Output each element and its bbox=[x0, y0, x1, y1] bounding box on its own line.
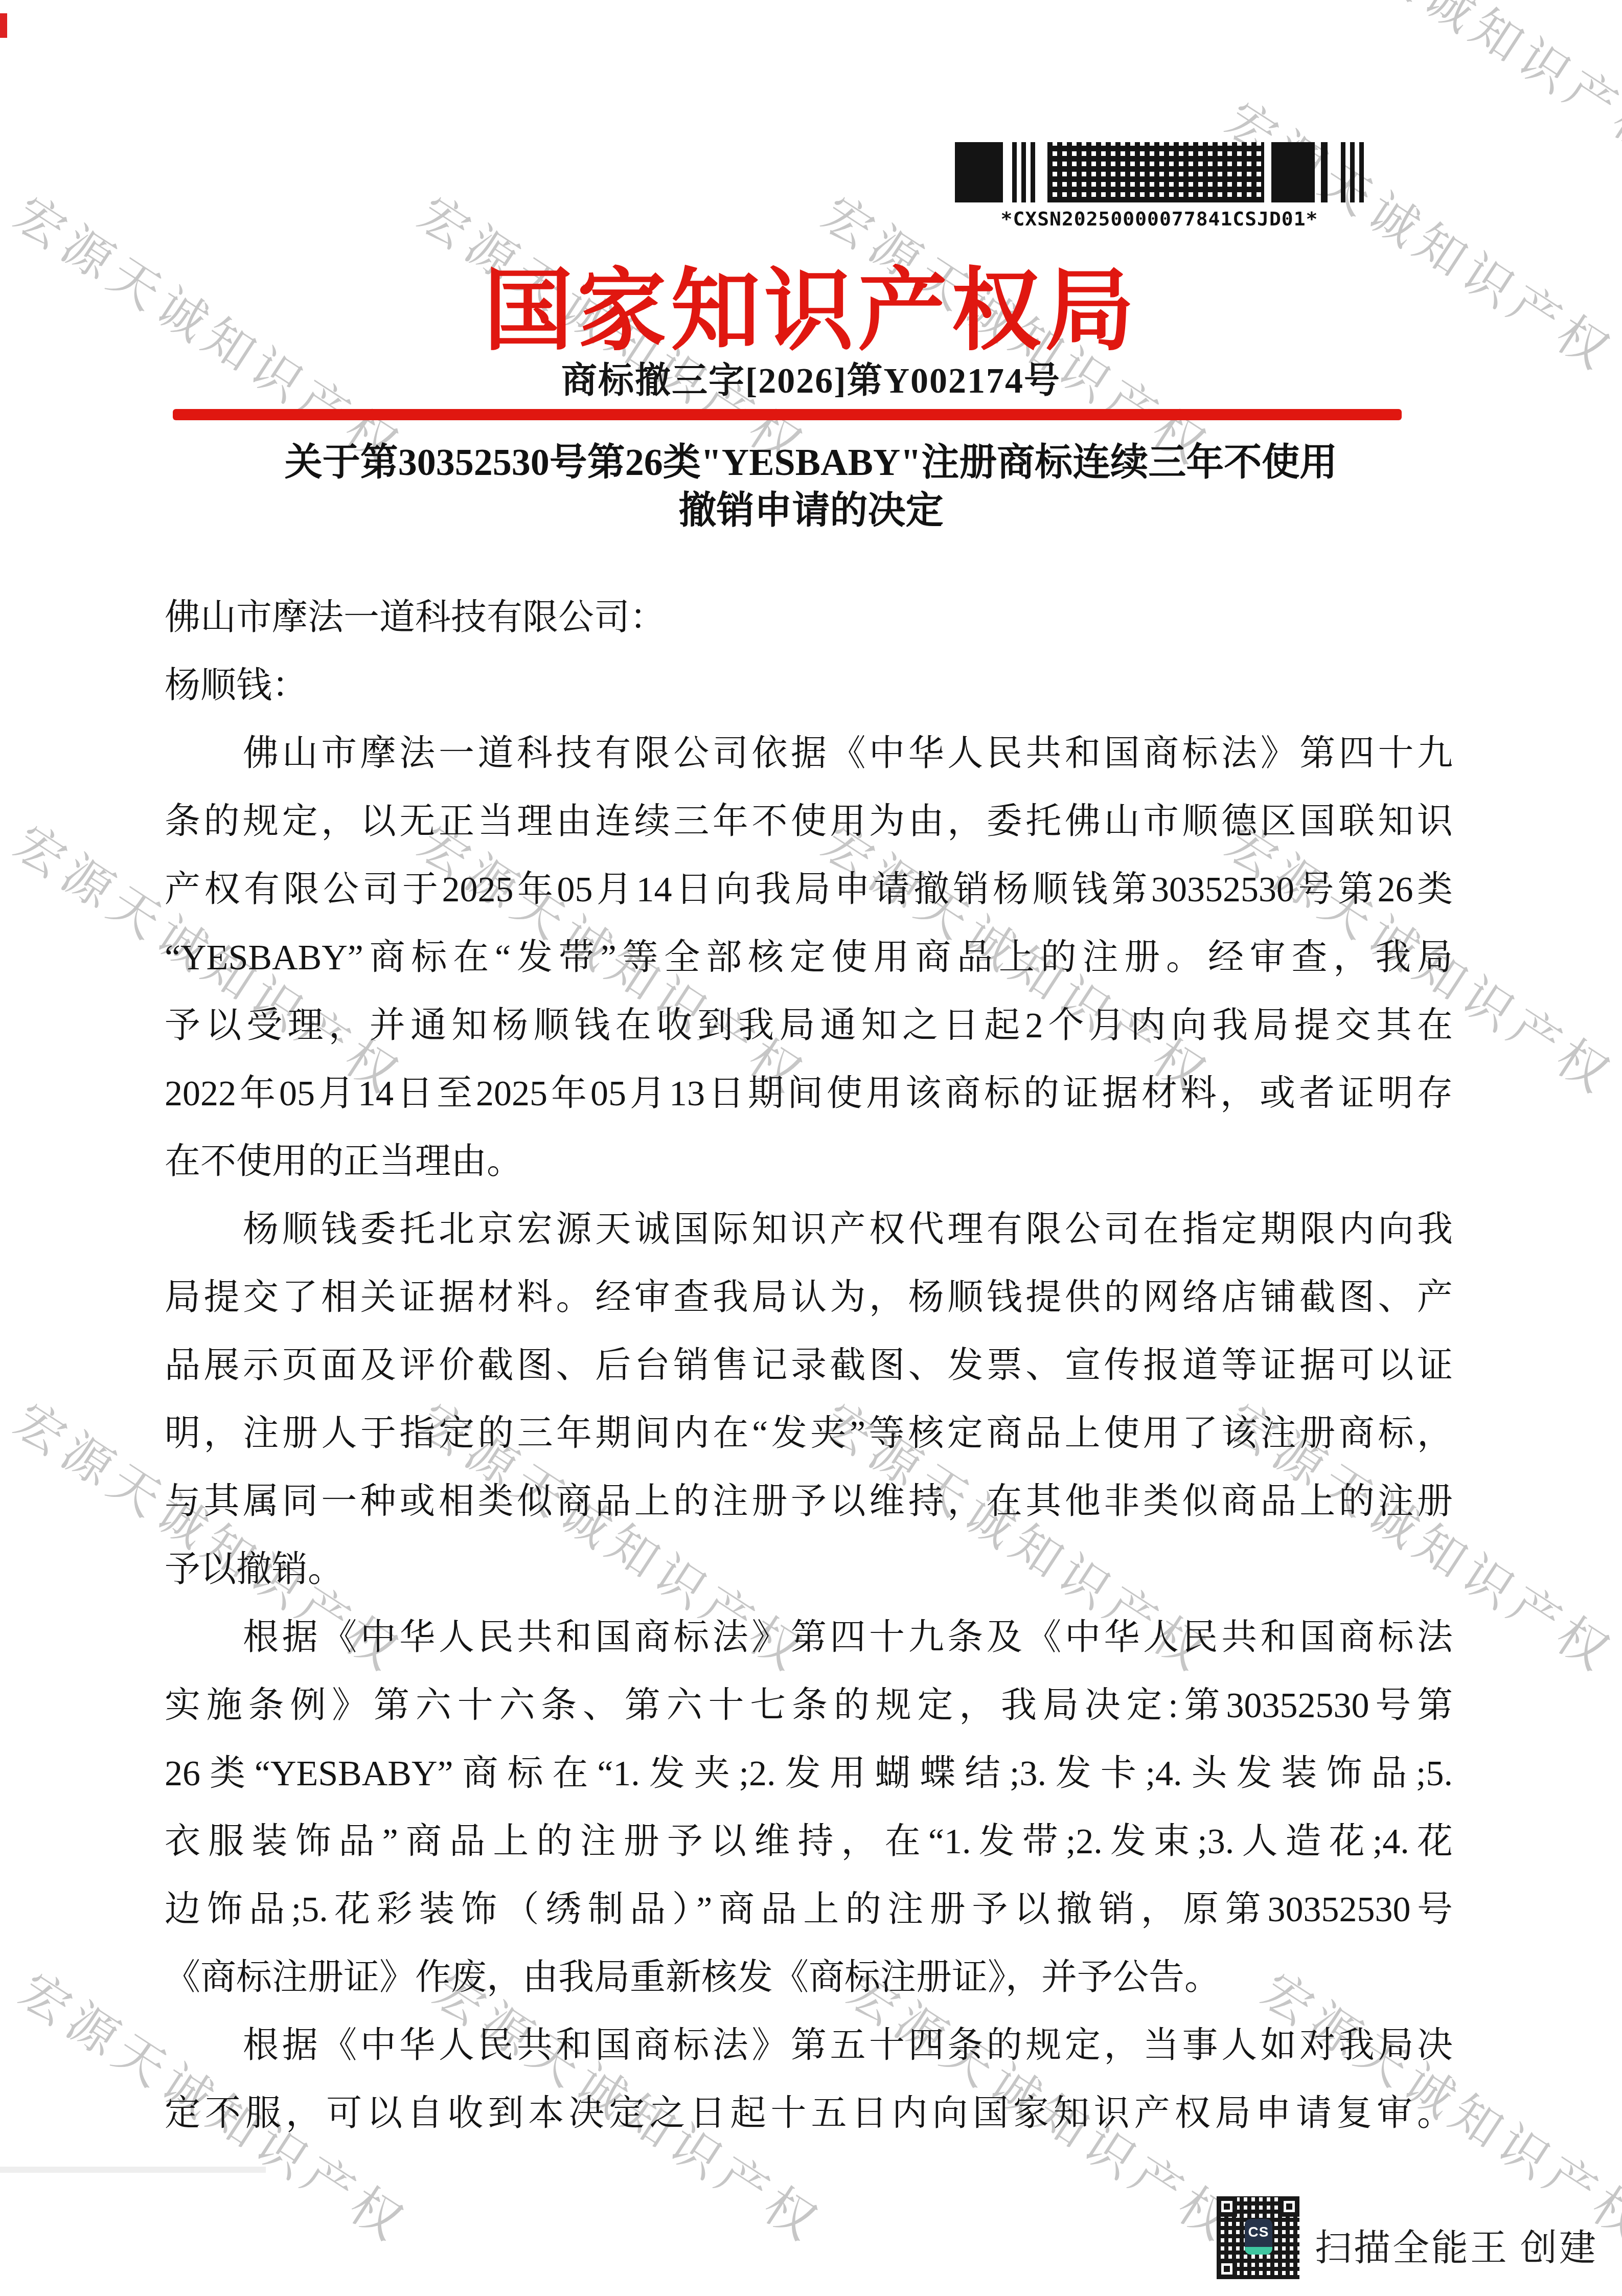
qr-finder-icon bbox=[1217, 2196, 1237, 2217]
body-line: 《商标注册证》作废，由我局重新核发《商标注册证》，并予公告。 bbox=[165, 1944, 1453, 2012]
body-line: 产权有限公司于2025年05月14日向我局申请撤销杨顺钱第30352530号第2… bbox=[165, 856, 1453, 924]
issuer-title: 国家知识产权局 bbox=[0, 239, 1622, 368]
body-line: 根据《中华人民共和国商标法》第四十九条及《中华人民共和国商标法 bbox=[165, 1604, 1453, 1672]
subject-heading-line1: 关于第30352530号第26类"YESBABY"注册商标连续三年不使用 bbox=[0, 439, 1622, 487]
body-line: 衣服装饰品”商品上的注册予以维持，在“1.发带;2.发束;3.人造花;4.花 bbox=[165, 1808, 1453, 1876]
body-line: 佛山市摩法一道科技有限公司： bbox=[165, 584, 1453, 652]
body-line: 定不服，可以自收到本决定之日起十五日内向国家知识产权局申请复审。 bbox=[165, 2080, 1453, 2148]
letterhead-divider bbox=[173, 409, 1402, 420]
scan-artifact-red-mark bbox=[0, 13, 7, 38]
body-line: 局提交了相关证据材料。经审查我局认为，杨顺钱提供的网络店铺截图、产 bbox=[165, 1264, 1453, 1332]
document-number: 商标撤三字[2026]第Y002174号 bbox=[0, 352, 1622, 403]
body-line: 与其属同一种或相类似商品上的注册予以维持，在其他非类似商品上的注册 bbox=[165, 1468, 1453, 1536]
qr-finder-icon bbox=[1279, 2196, 1299, 2217]
qr-finder-icon bbox=[1217, 2259, 1237, 2279]
body-line: 予以撤销。 bbox=[165, 1536, 1453, 1604]
barcode: *CXSN20250000077841CSJD01* bbox=[955, 142, 1364, 230]
document-body: 佛山市摩法一道科技有限公司：杨顺钱： 佛山市摩法一道科技有限公司依据《中华人民共… bbox=[165, 584, 1453, 2148]
body-line: 2022年05月14日至2025年05月13日期间使用该商标的证据材料，或者证明… bbox=[165, 1060, 1453, 1128]
body-line: 佛山市摩法一道科技有限公司依据《中华人民共和国商标法》第四十九 bbox=[165, 720, 1453, 788]
camscanner-logo-teal-strip bbox=[1245, 2247, 1272, 2255]
body-line: 明，注册人于指定的三年期间内在“发夹”等核定商品上使用了该注册商标， bbox=[165, 1400, 1453, 1468]
body-line: 边饰品;5.花彩装饰（绣制品）”商品上的注册予以撤销，原第30352530号 bbox=[165, 1876, 1453, 1944]
qr-code: CS bbox=[1217, 2196, 1299, 2279]
body-line: 根据《中华人民共和国商标法》第五十四条的规定，当事人如对我局决 bbox=[165, 2012, 1453, 2080]
scan-artifact-streak bbox=[0, 2167, 266, 2173]
body-line: 在不使用的正当理由。 bbox=[165, 1128, 1453, 1196]
body-line: 条的规定，以无正当理由连续三年不使用为由，委托佛山市顺德区国联知识 bbox=[165, 788, 1453, 856]
body-line: “YESBABY”商标在“发带”等全部核定使用商品上的注册。经审查，我局 bbox=[165, 924, 1453, 992]
barcode-bars-icon bbox=[955, 142, 1364, 202]
scanner-caption: 扫描全能王 创建 bbox=[1315, 2218, 1598, 2271]
body-line: 实施条例》第六十六条、第六十七条的规定，我局决定:第30352530号第 bbox=[165, 1672, 1453, 1740]
subject-heading-line2: 撤销申请的决定 bbox=[0, 487, 1622, 535]
subject-heading: 关于第30352530号第26类"YESBABY"注册商标连续三年不使用 撤销申… bbox=[0, 439, 1622, 535]
body-line: 予以受理，并通知杨顺钱在收到我局通知之日起2个月内向我局提交其在 bbox=[165, 992, 1453, 1060]
body-line: 杨顺钱： bbox=[165, 652, 1453, 720]
scanned-document-page: 宏源天诚知识产权 宏源天诚知识产权 宏源天诚知识产权 宏源天诚知识产权 宏源天诚… bbox=[0, 0, 1622, 2296]
camscanner-logo-icon: CS bbox=[1245, 2219, 1272, 2255]
body-line: 品展示页面及评价截图、后台销售记录截图、发票、宣传报道等证据可以证 bbox=[165, 1332, 1453, 1400]
camscanner-logo-label: CS bbox=[1248, 2224, 1269, 2240]
body-line: 26类“YESBABY”商标在“1.发夹;2.发用蝴蝶结;3.发卡;4.头发装饰… bbox=[165, 1740, 1453, 1808]
barcode-code-text: *CXSN20250000077841CSJD01* bbox=[955, 208, 1364, 230]
body-line: 杨顺钱委托北京宏源天诚国际知识产权代理有限公司在指定期限内向我 bbox=[165, 1196, 1453, 1264]
